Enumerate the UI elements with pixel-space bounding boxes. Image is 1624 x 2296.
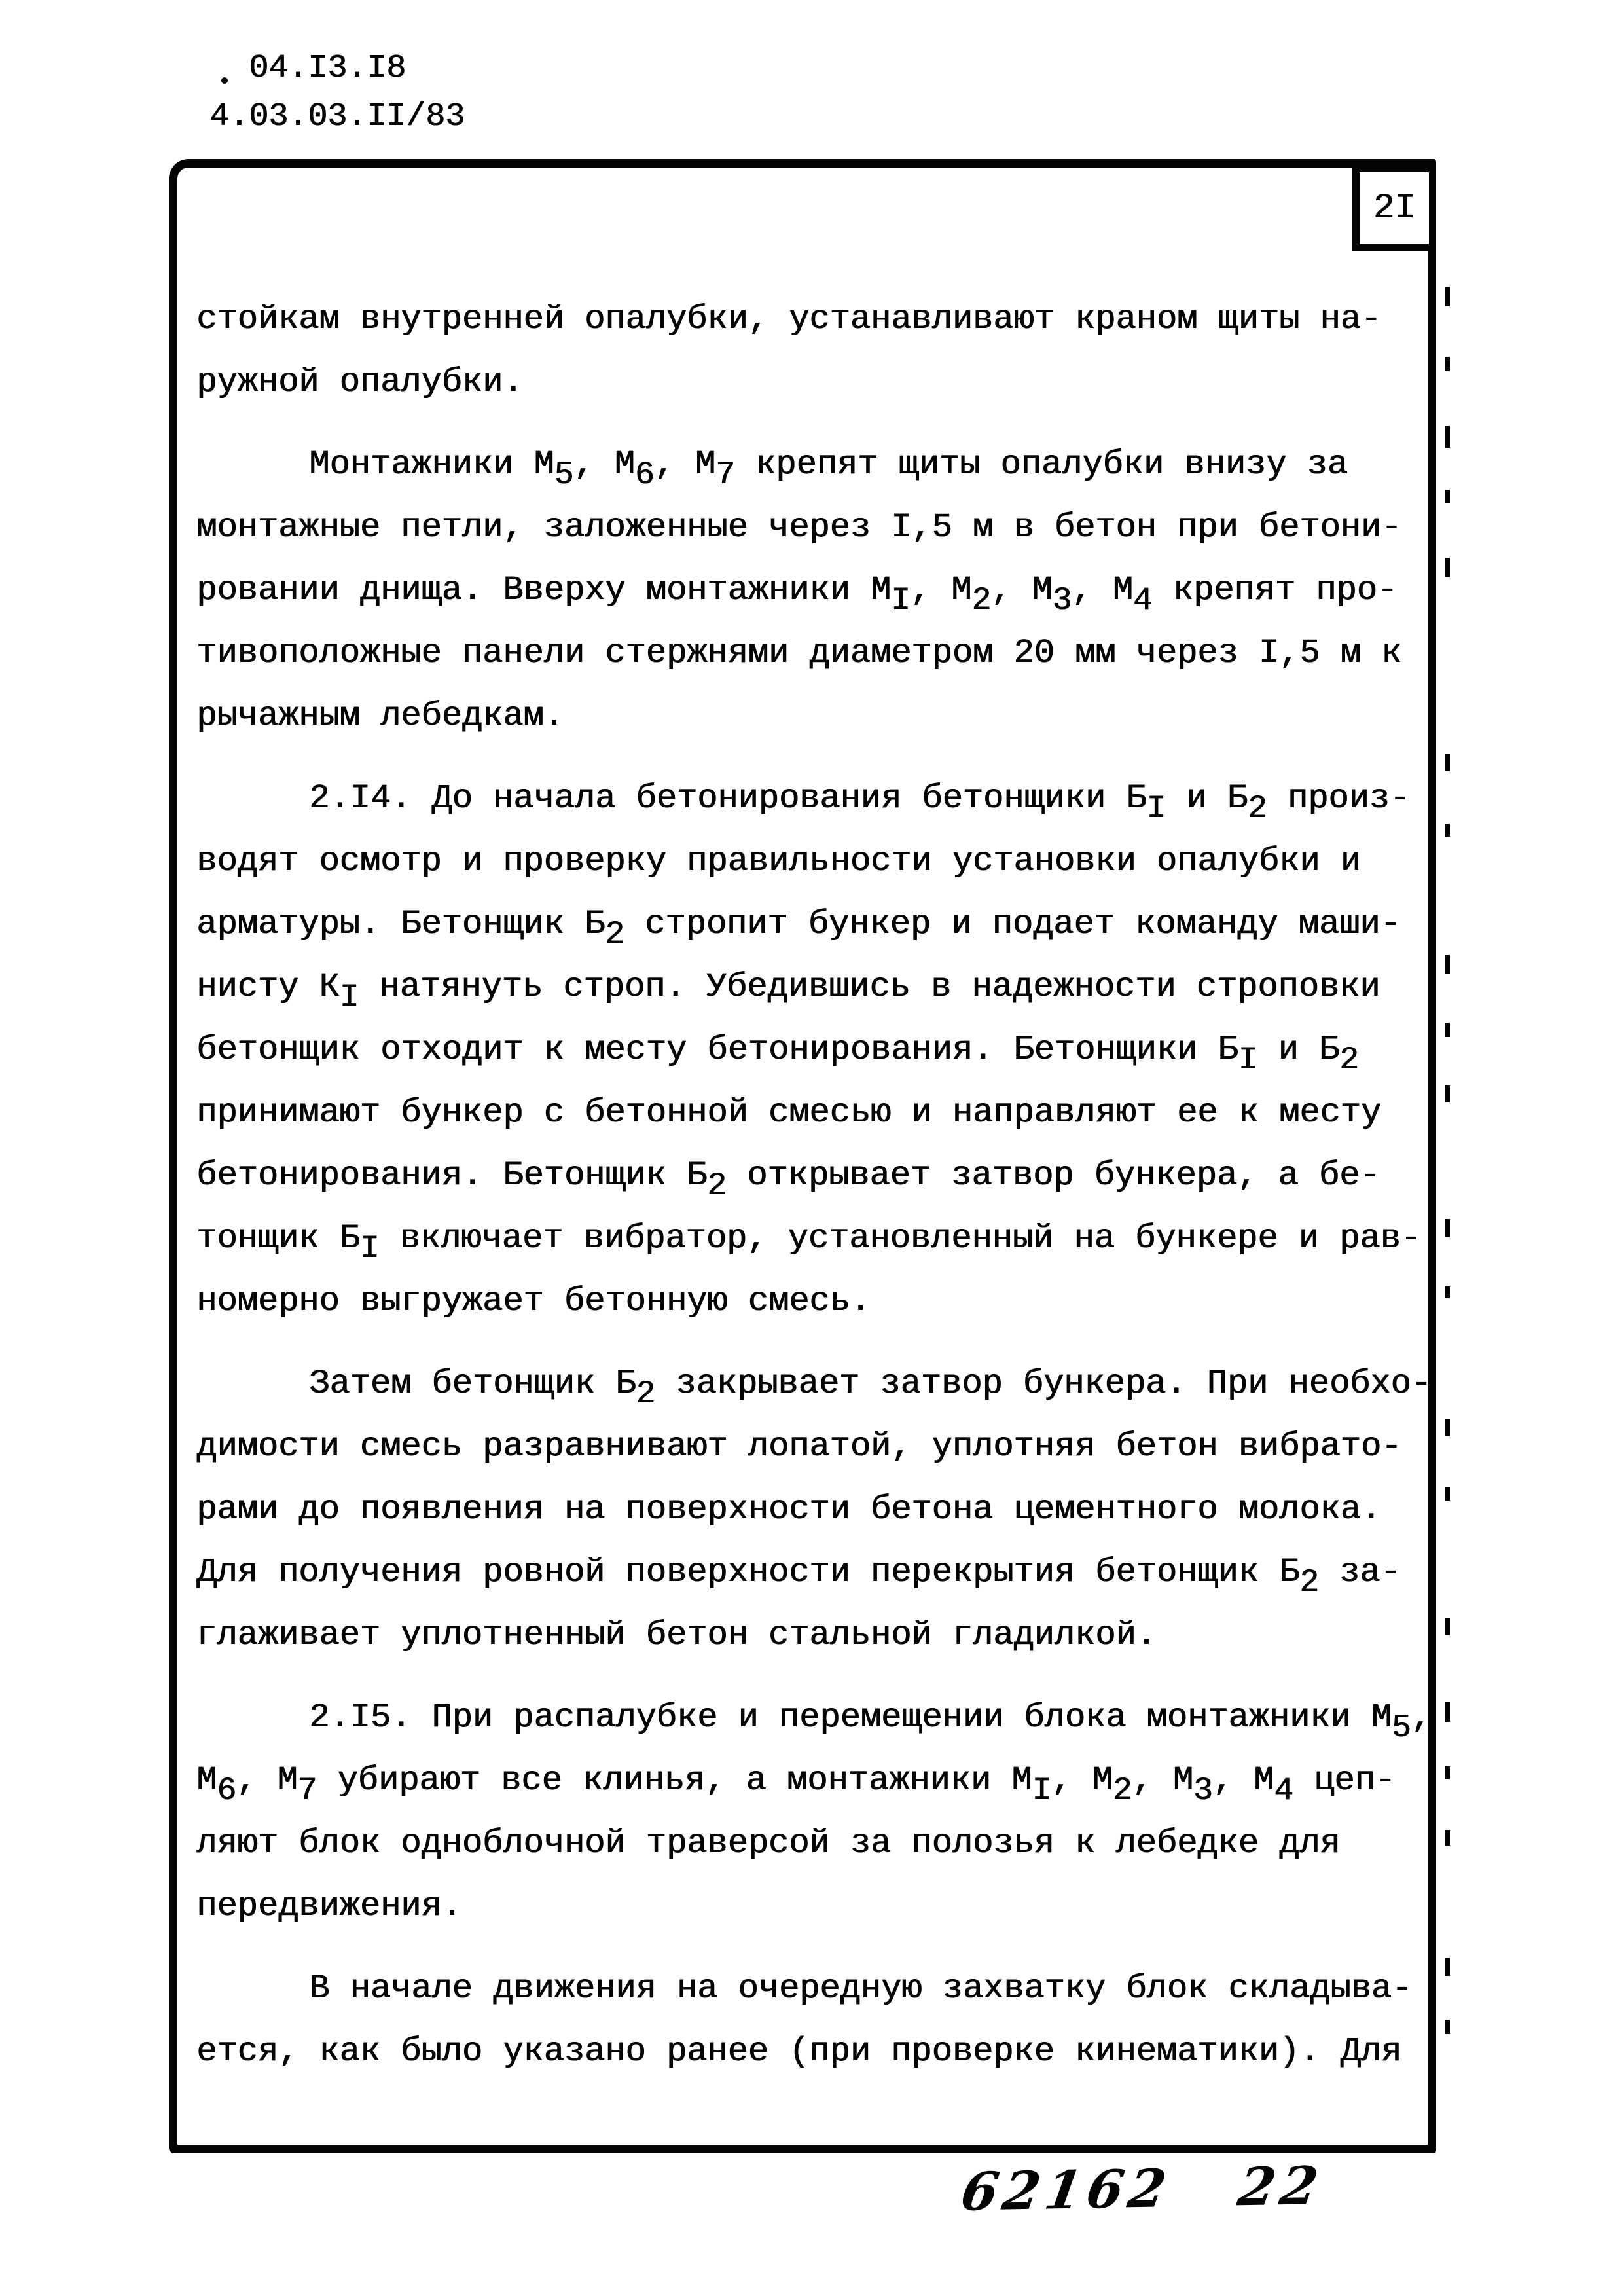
paragraph: Монтажники М5, М6, М7 крепят щиты опалуб… (196, 433, 1427, 748)
scan-artifact-tick (1445, 426, 1450, 448)
page-number: 2I (1373, 189, 1416, 228)
scan-artifact-tick (1445, 1085, 1450, 1102)
text-line: тивоположные панели стержнями диаметром … (196, 622, 1427, 685)
scanned-document-page: { "page": { "header_codes": ["04.I3.I8",… (0, 0, 1624, 2296)
subscript-index: 3 (1053, 582, 1072, 619)
scan-artifact-tick (1445, 754, 1450, 771)
scan-artifact-tick (1445, 824, 1450, 837)
text-line: Затем бетонщик Б2 закрывает затвор бунке… (196, 1353, 1427, 1415)
subscript-index: 6 (635, 456, 655, 493)
text-line: рами до появления на поверхности бетона … (196, 1478, 1427, 1541)
text-line: М6, М7 убирают все клинья, а монтажники … (196, 1749, 1427, 1812)
subscript-index: 6 (217, 1772, 236, 1809)
ink-speck (221, 77, 228, 84)
scan-artifact-tick (1445, 490, 1450, 503)
scan-artifact-tick (1445, 357, 1450, 371)
scan-artifact-tick (1445, 1702, 1450, 1722)
scan-artifact-tick (1445, 1487, 1450, 1501)
text-line: глаживает уплотненный бетон стальной гла… (196, 1604, 1427, 1667)
text-line: 2.I4. До начала бетонирования бетонщики … (196, 767, 1427, 830)
text-line: арматуры. Бетонщик Б2 стропит бункер и п… (196, 893, 1427, 956)
text-line: Для получения ровной поверхности перекры… (196, 1541, 1427, 1604)
scan-artifact-tick (1445, 558, 1450, 577)
scan-artifact-tick (1445, 1766, 1450, 1779)
subscript-index: 3 (1193, 1772, 1213, 1809)
text-line: бетонирования. Бетонщик Б2 открывает зат… (196, 1144, 1427, 1207)
scan-artifact-tick (1445, 1219, 1450, 1237)
scan-artifact-tick (1445, 1618, 1450, 1635)
text-line: 2.I5. При распалубке и перемещении блока… (196, 1686, 1427, 1749)
subscript-index: I (1032, 1772, 1051, 1809)
subscript-index: I (1238, 1042, 1257, 1078)
text-line: ружной опалубки. (196, 351, 1427, 414)
paragraph: В начале движения на очередную захватку … (196, 1958, 1427, 2083)
text-line: ровании днища. Вверху монтажники МI, М2,… (196, 559, 1427, 622)
scan-artifact-tick (1445, 955, 1450, 974)
subscript-index: 2 (1113, 1772, 1132, 1809)
subscript-index: 2 (605, 916, 624, 953)
text-line: бетонщик отходит к месту бетонирования. … (196, 1019, 1427, 1082)
scan-artifact-tick (1445, 1286, 1450, 1298)
scan-artifact-tick (1445, 1958, 1450, 1976)
footer-handwritten-left: 62162 (957, 2157, 1176, 2223)
text-line: В начале движения на очередную захватку … (196, 1958, 1427, 2020)
subscript-index: I (360, 1230, 380, 1267)
subscript-index: 7 (297, 1772, 317, 1809)
header-code-line-2: 4.03.03.II/83 (209, 98, 465, 136)
text-line: Монтажники М5, М6, М7 крепят щиты опалуб… (196, 433, 1427, 496)
text-line: тонщик БI включает вибратор, установленн… (196, 1207, 1427, 1270)
subscript-index: 7 (715, 456, 735, 493)
scan-artifact-tick (1445, 1419, 1450, 1436)
text-line: нисту КI натянуть строп. Убедившись в на… (196, 956, 1427, 1019)
text-line: принимают бункер с бетонной смесью и нап… (196, 1082, 1427, 1144)
subscript-index: 2 (707, 1167, 727, 1204)
text-line: стойкам внутренней опалубки, устанавлива… (196, 288, 1427, 351)
text-line: рычажным лебедкам. (196, 685, 1427, 748)
header-code-line-1: 04.I3.I8 (249, 50, 406, 87)
footer-handwritten: 6216222 (957, 2155, 1327, 2223)
subscript-index: 4 (1133, 582, 1153, 619)
scan-artifact-tick (1445, 287, 1450, 306)
text-line: монтажные петли, заложенные через I,5 м … (196, 496, 1427, 559)
page-number-box: 2I (1352, 165, 1436, 251)
subscript-index: I (891, 582, 911, 619)
subscript-index: 5 (1392, 1709, 1411, 1746)
scan-artifact-tick (1445, 1830, 1450, 1846)
text-line: номерно выгружает бетонную смесь. (196, 1270, 1427, 1333)
subscript-index: 2 (1339, 1042, 1359, 1078)
paragraph: 2.I5. При распалубке и перемещении блока… (196, 1686, 1427, 1938)
paragraph: 2.I4. До начала бетонирования бетонщики … (196, 767, 1427, 1333)
footer-handwritten-right: 22 (1234, 2155, 1327, 2217)
text-line: ляют блок одноблочной траверсой за полоз… (196, 1812, 1427, 1875)
footer-gap (1168, 2205, 1236, 2206)
paragraph: стойкам внутренней опалубки, устанавлива… (196, 288, 1427, 414)
scan-artifact-tick (1445, 1023, 1450, 1037)
subscript-index: 5 (554, 456, 573, 493)
text-line: передвижения. (196, 1875, 1427, 1938)
subscript-index: 2 (1299, 1564, 1319, 1601)
subscript-index: 4 (1274, 1772, 1293, 1809)
subscript-index: I (1146, 790, 1166, 827)
paragraph: Затем бетонщик Б2 закрывает затвор бунке… (196, 1353, 1427, 1667)
text-line: водят осмотр и проверку правильности уст… (196, 830, 1427, 893)
body-text: стойкам внутренней опалубки, устанавлива… (196, 288, 1427, 2083)
text-line: ется, как было указано ранее (при провер… (196, 2020, 1427, 2083)
subscript-index: I (339, 979, 359, 1015)
text-line: димости смесь разравнивают лопатой, упло… (196, 1415, 1427, 1478)
subscript-index: 2 (1248, 790, 1267, 827)
subscript-index: 2 (636, 1376, 655, 1412)
scan-artifact-tick (1445, 2020, 1450, 2034)
subscript-index: 2 (971, 582, 991, 619)
